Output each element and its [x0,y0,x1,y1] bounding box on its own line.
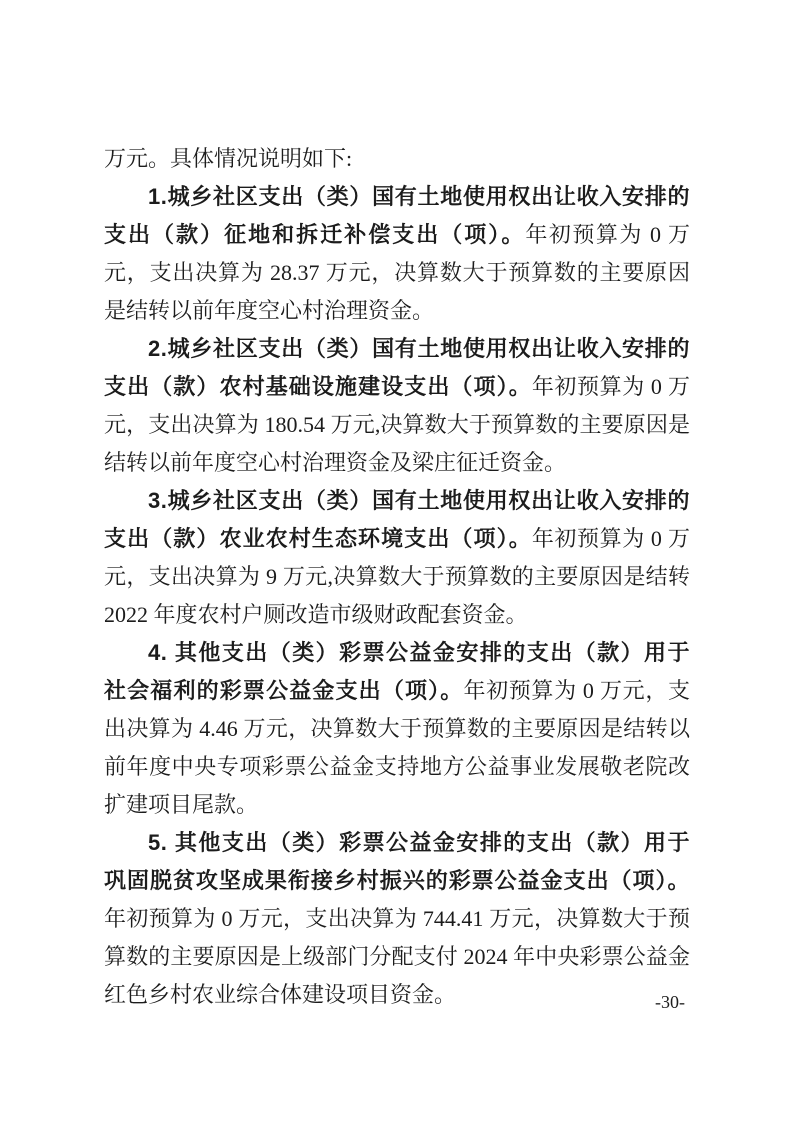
paragraph-4: 4. 其他支出（类）彩票公益金安排的支出（款）用于社会福利的彩票公益金支出（项）… [104,634,690,824]
paragraph-5-heading: 5. 其他支出（类）彩票公益金安排的支出（款）用于巩固脱贫攻坚成果衔接乡村振兴的… [104,830,690,893]
paragraph-2: 2.城乡社区支出（类）国有土地使用权出让收入安排的支出（款）农村基础设施建设支出… [104,330,690,482]
intro-line: 万元。具体情况说明如下: [104,140,690,178]
page-number: -30- [655,992,685,1012]
paragraph-5-body: 年初预算为 0 万元，支出决算为 744.41 万元，决算数大于预算数的主要原因… [104,906,690,1007]
paragraph-5: 5. 其他支出（类）彩票公益金安排的支出（款）用于巩固脱贫攻坚成果衔接乡村振兴的… [104,824,690,1014]
paragraph-3: 3.城乡社区支出（类）国有土地使用权出让收入安排的支出（款）农业农村生态环境支出… [104,482,690,634]
document-page: 万元。具体情况说明如下: 1.城乡社区支出（类）国有土地使用权出让收入安排的支出… [0,0,793,1122]
document-body: 万元。具体情况说明如下: 1.城乡社区支出（类）国有土地使用权出让收入安排的支出… [104,140,690,1014]
paragraph-1: 1.城乡社区支出（类）国有土地使用权出让收入安排的支出（款）征地和拆迁补偿支出（… [104,178,690,330]
